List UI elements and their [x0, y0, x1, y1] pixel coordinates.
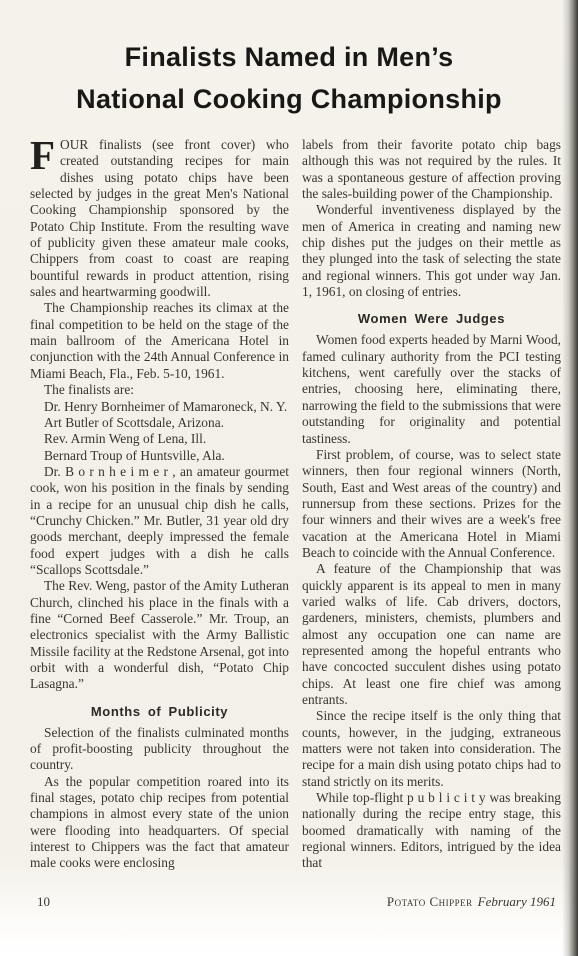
page-footer: 10 Potato ChipperFebruary 1961	[37, 894, 556, 910]
magazine-page: Finalists Named in Men’s National Cookin…	[0, 0, 578, 956]
paragraph: A feature of the Championship that was q…	[302, 561, 561, 708]
article-title-line-2: National Cooking Championship	[0, 78, 578, 120]
finalist-line: Dr. Henry Bornheimer of Mamaroneck, N. Y…	[30, 399, 289, 415]
article-title: Finalists Named in Men’s National Cookin…	[0, 0, 578, 120]
finalist-line: Rev. Armin Weng of Lena, Ill.	[30, 431, 289, 447]
right-column: labels from their favorite potato chip b…	[302, 137, 561, 872]
paragraph: While top-flight p u b l i c i t y was b…	[302, 790, 561, 872]
publication-name: Potato Chipper	[387, 894, 473, 909]
subheading-months-of-publicity: Months of Publicity	[30, 704, 289, 719]
publication-issue: February 1961	[478, 894, 556, 909]
finalist-line: Art Butler of Scottsdale, Arizona.	[30, 415, 289, 431]
continuation-paragraph: labels from their favorite potato chip b…	[302, 137, 561, 202]
paragraph: The finalists are:	[30, 382, 289, 398]
paragraph: As the popular competition roared into i…	[30, 774, 289, 872]
lead-paragraph-text: OUR finalists (see front cover) who crea…	[30, 137, 289, 299]
paragraph: First problem, of course, was to select …	[302, 447, 561, 561]
publication-line: Potato ChipperFebruary 1961	[387, 894, 556, 910]
paragraph: The Rev. Weng, pastor of the Amity Luthe…	[30, 578, 289, 692]
paragraph: The Championship reaches its climax at t…	[30, 300, 289, 382]
paragraph: Since the recipe itself is the only thin…	[302, 708, 561, 790]
subheading-women-were-judges: Women Were Judges	[302, 311, 561, 326]
page-number: 10	[37, 894, 50, 910]
paragraph: Wonderful inventiveness displayed by the…	[302, 202, 561, 300]
paragraph: Selection of the finalists culminated mo…	[30, 725, 289, 774]
article-columns: FOUR finalists (see front cover) who cre…	[0, 120, 578, 872]
finalist-line: Bernard Troup of Huntsville, Ala.	[30, 448, 289, 464]
left-column: FOUR finalists (see front cover) who cre…	[30, 137, 289, 872]
paragraph: Dr. B o r n h e i m e r , an amateur gou…	[30, 464, 289, 578]
paragraph: Women food experts headed by Marni Wood,…	[302, 332, 561, 446]
lead-paragraph: FOUR finalists (see front cover) who cre…	[30, 137, 289, 300]
article-title-line-1: Finalists Named in Men’s	[0, 36, 578, 78]
drop-cap-letter: F	[30, 137, 60, 171]
